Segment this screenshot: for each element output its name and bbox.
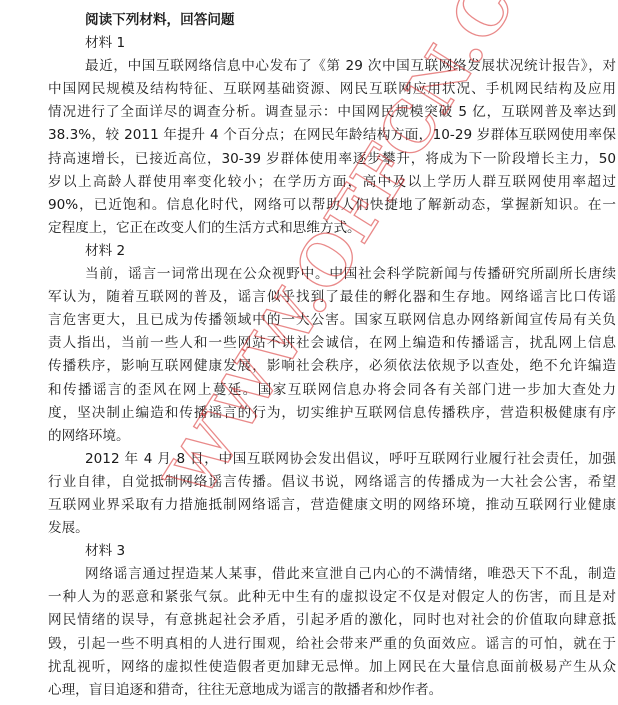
text-line: 当前，谣言一词常出现在公众视野中。中国社会科学院新闻与传播研究所副所长唐续	[48, 263, 616, 286]
text-line: 岁以上高龄人群使用率变化较小；在学历方面，高中及以上学历人群互联网使用率超过	[48, 171, 616, 194]
text-line: 中国网民规模及结构特征、互联网基础资源、网民互联网应用状况、手机网民结构及应用	[48, 78, 616, 101]
text-line: 持高速增长，已接近高位，30-39 岁群体使用率逐步攀升，将成为下一阶段增长主力…	[48, 148, 616, 171]
text-line: 传播秩序，影响互联网健康发展，影响社会秩序，必须依法依规予以查处，绝不允许编造	[48, 355, 616, 378]
material-2-paragraph-1: 当前，谣言一词常出现在公众视野中。中国社会科学院新闻与传播研究所副所长唐续 军认…	[48, 263, 616, 448]
text-line: 毁，引起一些不明真相的人进行围观，给社会带来严重的负面效应。谣言的可怕，就在于	[48, 633, 616, 656]
document-heading: 阅读下列材料，回答问题	[48, 9, 616, 32]
material-3-paragraph-1: 网络谣言通过捏造某人某事，借此来宣泄自己内心的不满情绪，唯恐天下不乱，制造 一种…	[48, 563, 616, 702]
text-line: 和传播谣言的歪风在网上蔓延。国家互联网信息办将会同各有关部门进一步加大查处力	[48, 379, 616, 402]
text-line: 责人指出，当前一些人和一些网站不讲社会诚信，在网上编造和传播谣言，扰乱网上信息	[48, 332, 616, 355]
text-line: 网民情绪的误导，有意挑起社会矛盾，引起矛盾的激化，同时也对社会的价值取向肆意抵	[48, 609, 616, 632]
text-line: 情况进行了全面详尽的调查分析。调查显示：中国网民规模突破 5 亿，互联网普及率达…	[48, 101, 616, 124]
material-2-label: 材料 2	[48, 240, 616, 263]
material-2-paragraph-2: 2012 年 4 月 8 日，中国互联网协会发出倡议，呼吁互联网行业履行社会责任…	[48, 448, 616, 540]
text-line: 发展。	[48, 517, 616, 540]
material-1-paragraph-1: 最近，中国互联网络信息中心发布了《第 29 次中国互联网络发展状况统计报告》，对…	[48, 55, 616, 240]
text-line: 心理，盲目追逐和猎奇，往往无意地成为谣言的散播者和炒作者。	[48, 679, 616, 702]
text-line: 90%，已近饱和。信息化时代，网络可以帮助人们快捷地了解新动态，掌握新知识。在一	[48, 194, 616, 217]
text-line: 网络谣言通过捏造某人某事，借此来宣泄自己内心的不满情绪，唯恐天下不乱，制造	[48, 563, 616, 586]
text-line: 行业自律，自觉抵制网络谣言传播。倡议书说，网络谣言的传播成为一大社会公害，希望	[48, 471, 616, 494]
text-line: 2012 年 4 月 8 日，中国互联网协会发出倡议，呼吁互联网行业履行社会责任…	[48, 448, 616, 471]
text-line: 互联网业界采取有力措施抵制网络谣言，营造健康文明的网络环境，推动互联网行业健康	[48, 494, 616, 517]
text-line: 扰乱视听，网络的虚拟性使造假者更加肆无忌惮。加上网民在大量信息面前极易产生从众	[48, 656, 616, 679]
material-1-label: 材料 1	[48, 32, 616, 55]
document-body: 阅读下列材料，回答问题 材料 1 最近，中国互联网络信息中心发布了《第 29 次…	[48, 9, 616, 702]
text-line: 定程度上，它正在改变人们的生活方式和思维方式。	[48, 217, 616, 240]
material-3-label: 材料 3	[48, 540, 616, 563]
text-line: 的网络环境。	[48, 425, 616, 448]
text-line: 言危害更大，且已成为传播领域中的一大公害。国家互联网信息办网络新闻宣传局有关负	[48, 309, 616, 332]
text-line: 最近，中国互联网络信息中心发布了《第 29 次中国互联网络发展状况统计报告》，对	[48, 55, 616, 78]
text-line: 度，坚决制止编造和传播谣言的行为，切实维护互联网信息传播秩序，营造积极健康有序	[48, 402, 616, 425]
text-line: 38.3%，较 2011 年提升 4 个百分点；在网民年龄结构方面，10-29 …	[48, 124, 616, 147]
text-line: 一种人为的恶意和紧张气氛。此种无中生有的虚拟设定不仅是对假定人的伤害，而且是对	[48, 586, 616, 609]
text-line: 军认为，随着互联网的普及，谣言似乎找到了最佳的孵化器和生存地。网络谣言比口传谣	[48, 286, 616, 309]
